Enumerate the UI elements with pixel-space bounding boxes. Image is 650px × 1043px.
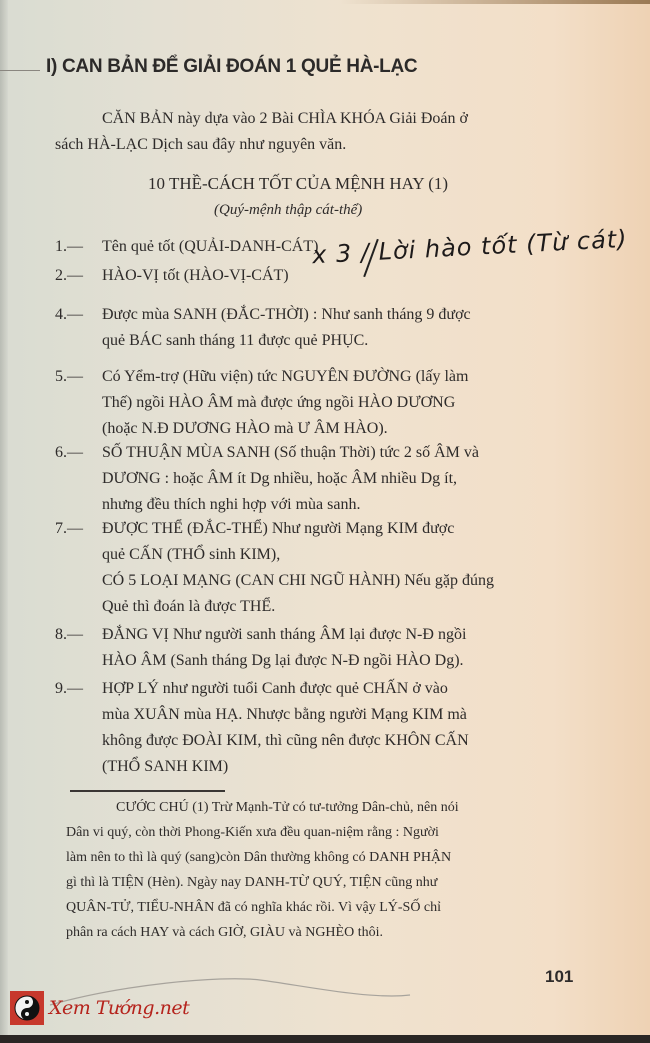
item-text: Có Yểm-trợ (Hữu viện) tức NGUYÊN ĐƯỜNG (… <box>102 368 468 385</box>
footnote-line-5: QUÂN-TỬ, TIỂU-NHÂN đã có nghĩa khác rồi.… <box>66 895 586 920</box>
item-text: HÀO-VỊ tốt (HÀO-VỊ-CÁT) <box>102 267 289 284</box>
page-top-edge <box>340 0 650 4</box>
logo-box <box>10 991 44 1025</box>
list-item-7: 7.—ĐƯỢC THỂ (ĐẮC-THỂ) Như người Mạng KIM… <box>55 516 575 620</box>
item-text: mùa XUÂN mùa HẠ. Nhược bằng người Mạng K… <box>55 702 575 728</box>
item-text: ĐẮNG VỊ Như người sanh tháng ÂM lại được… <box>102 626 466 643</box>
item-number: 8.— <box>55 622 102 648</box>
item-number: 4.— <box>55 302 102 328</box>
item-text: CÓ 5 LOẠI MẠNG (CAN CHI NGŨ HÀNH) Nếu gặ… <box>55 568 575 594</box>
list-subheading: (Quý-mệnh thập cát-thể) <box>214 198 362 222</box>
item-number: 7.— <box>55 516 102 542</box>
item-number: 5.— <box>55 364 102 390</box>
yin-yang-icon <box>14 995 40 1021</box>
list-item-4: 4.—Được mùa SANH (ĐẮC-THỜI) : Như sanh t… <box>55 302 575 354</box>
footnote-line-4: gì thì là TIỆN (Hèn). Ngày nay DANH-TỪ Q… <box>66 870 586 895</box>
watermark-text: Xem Tướng.net <box>49 997 189 1019</box>
item-text: quẻ CẤN (THỔ sinh KIM), <box>55 542 575 568</box>
item-number: 1.— <box>55 234 102 260</box>
book-spine-edge <box>0 0 8 1043</box>
item-text: (THỔ SANH KIM) <box>55 754 575 780</box>
watermark-logo[interactable]: Xem Tướng.net <box>10 991 189 1025</box>
item-text: (hoặc N.Đ DƯƠNG HÀO mà Ư ÂM HÀO). <box>55 416 575 442</box>
list-item-5: 5.—Có Yểm-trợ (Hữu viện) tức NGUYÊN ĐƯỜN… <box>55 364 575 442</box>
footnote-divider <box>70 790 225 792</box>
item-text: SỐ THUẬN MÙA SANH (Số thuận Thời) tức 2 … <box>102 444 479 461</box>
item-text: nhưng đều thích nghi hợp với mùa sanh. <box>55 492 575 518</box>
footnote-line-1: CƯỚC CHÚ (1) Trừ Mạnh-Tử có tư-tưởng Dân… <box>116 795 636 820</box>
intro-line-2: sách HÀ-LẠC Dịch sau đây như nguyên văn. <box>55 133 346 157</box>
footnote-line-3: làm nên to thì là quý (sang)còn Dân thườ… <box>66 845 586 870</box>
footnote-line-6: phân ra cách HAY và cách GIỜ, GIÀU và NG… <box>66 920 586 945</box>
item-text: ĐƯỢC THỂ (ĐẮC-THỂ) Như người Mạng KIM đư… <box>102 520 454 537</box>
page-number: 101 <box>545 967 573 987</box>
header-rule <box>0 70 40 71</box>
item-text: Tên quẻ tốt (QUẢI-DANH-CÁT) <box>102 238 318 255</box>
section-title: I) CAN BẢN ĐỂ GIẢI ĐOÁN 1 QUẺ HÀ-LẠC <box>46 56 417 78</box>
item-text: HỢP LÝ như người tuổi Canh được quẻ CHẤN… <box>102 680 448 697</box>
intro-line-1: CĂN BẢN này dựa vào 2 Bài CHÌA KHÓA Giải… <box>102 107 468 131</box>
item-number: 2.— <box>55 263 102 289</box>
list-heading: 10 THỀ-CÁCH TỐT CỦA MỆNH HAY (1) <box>148 172 448 196</box>
item-text: HÀO ÂM (Sanh tháng Dg lại được N-Đ ngồi … <box>55 648 575 674</box>
footnote-line-2: Dân vi quý, còn thời Phong-Kiến xưa đều … <box>66 820 586 845</box>
list-item-8: 8.—ĐẮNG VỊ Như người sanh tháng ÂM lại đ… <box>55 622 575 674</box>
item-text: Quẻ thì đoán là được THỂ. <box>55 594 575 620</box>
list-item-6: 6.—SỐ THUẬN MÙA SANH (Số thuận Thời) tức… <box>55 440 575 518</box>
item-number: 6.— <box>55 440 102 466</box>
item-number: 9.— <box>55 676 102 702</box>
item-text: Thế) ngồi HÀO ÂM mà được ứng ngồi HÀO DƯ… <box>55 390 575 416</box>
item-text: Được mùa SANH (ĐẮC-THỜI) : Như sanh thán… <box>102 306 471 323</box>
page-bottom-edge <box>0 1035 650 1043</box>
item-text: DƯƠNG : hoặc ÂM ít Dg nhiều, hoặc ÂM nhi… <box>55 466 575 492</box>
item-text: không được ĐOÀI KIM, thì cũng nên được K… <box>55 728 575 754</box>
list-item-9: 9.—HỢP LÝ như người tuổi Canh được quẻ C… <box>55 676 575 780</box>
item-text: quẻ BÁC sanh tháng 11 được quẻ PHỤC. <box>55 328 575 354</box>
